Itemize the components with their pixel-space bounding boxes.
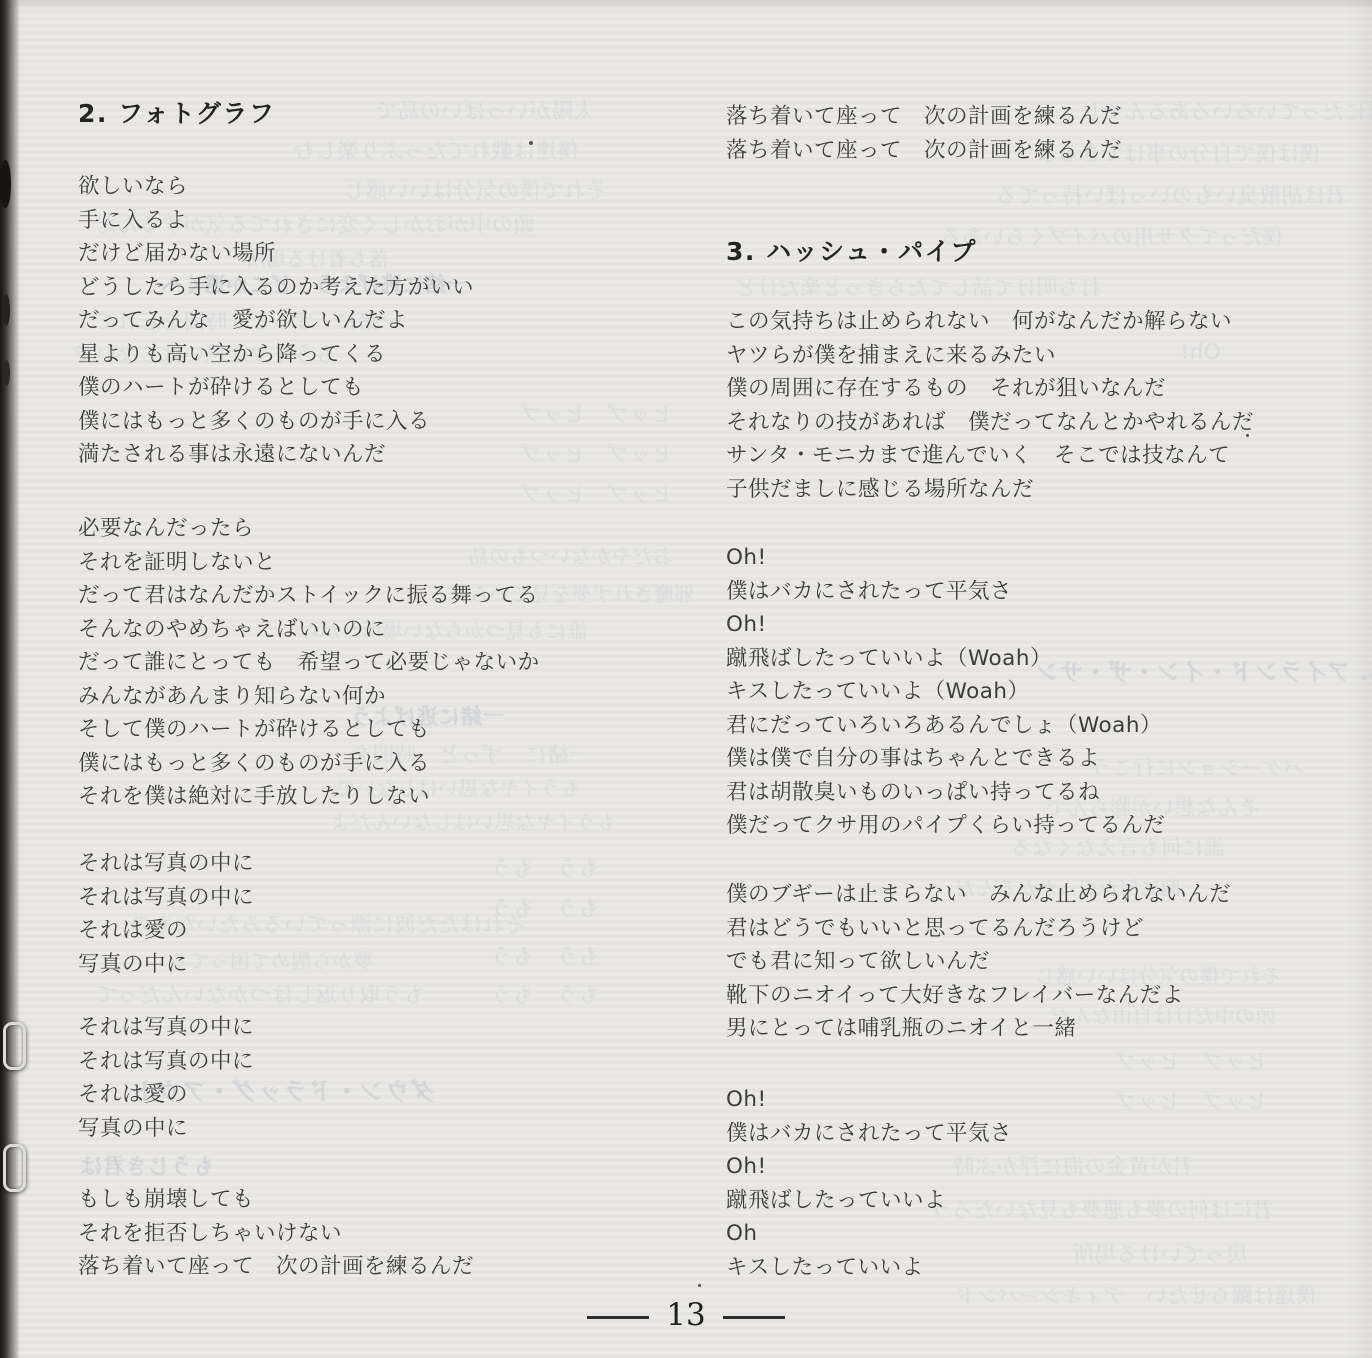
ghost-line: ヒップ ヒップ	[520, 478, 673, 509]
stanza: Oh!僕はバカにされたって平気さOh!蹴飛ばしたっていいよ（Woah）キスしたっ…	[726, 541, 1165, 843]
song-title-photograph: 2. フォトグラフ	[78, 94, 275, 130]
ghost-line: もう もう	[490, 852, 600, 883]
dust-speck	[529, 141, 533, 145]
lyric-line: 僕は僕で自分の事はちゃんとできるよ	[726, 742, 1165, 776]
lyric-line: どうしたら手に入るのか考えた方がいい	[78, 271, 474, 305]
lyric-line: 蹴飛ばしたっていいよ（Woah）	[726, 642, 1165, 676]
lyric-line: 写真の中に	[78, 948, 254, 982]
staple-top	[3, 1022, 26, 1070]
lyric-line: それは愛の	[78, 914, 254, 948]
page-number-rule-right	[723, 1316, 785, 1319]
lyric-line: それは写真の中に	[78, 881, 254, 915]
lyric-line: それを拒否しちゃいけない	[78, 1217, 474, 1251]
stanza: この気持ちは止められない 何がなんだか解らないヤツらが僕を捕まえに来るみたい僕の…	[726, 305, 1254, 506]
ghost-line: もうじき君は	[80, 1150, 215, 1181]
page-number-value: 13	[666, 1300, 705, 1335]
lyric-line: 君は胡散臭いものいっぱい持ってるね	[726, 776, 1165, 810]
lyric-line: この気持ちは止められない 何がなんだか解らない	[726, 305, 1254, 339]
ghost-line: 太陽がいっぱいの島で	[375, 94, 595, 125]
stanza: Oh!僕はバカにされたって平気さOh!蹴飛ばしたっていいよOhキスしたっていいよ	[726, 1083, 1012, 1284]
lyric-line: 星よりも高い空から降ってくる	[78, 338, 474, 372]
lyric-line: 落ち着いて座って 次の計画を練るんだ	[726, 100, 1122, 134]
ghost-line: もう もう	[490, 978, 600, 1009]
ghost-line: ヒップ ヒップ	[1115, 1085, 1268, 1116]
lyric-line: 手に入るよ	[78, 204, 474, 238]
lyric-line: 僕だってクサ用のパイプくらい持ってるんだ	[726, 809, 1165, 843]
lyric-line: 満たされる事は永遠にないんだ	[78, 438, 474, 472]
lyric-line: 男にとっては哺乳瓶のニオイと一緒	[726, 1012, 1231, 1046]
lyric-line: 欲しいなら	[78, 170, 474, 204]
stanza: 僕のブギーは止まらない みんな止められないんだ君はどうでもいいと思ってるんだろう…	[726, 878, 1231, 1046]
lyric-line: 君はどうでもいいと思ってるんだろうけど	[726, 912, 1231, 946]
lyric-line: Oh!	[726, 1150, 1012, 1184]
lyric-line: 落ち着いて座って 次の計画を練るんだ	[78, 1250, 474, 1284]
lyric-line: そんなのやめちゃえばいいのに	[78, 613, 540, 647]
lyric-line: だけど届かない場所	[78, 237, 474, 271]
stanza: それは写真の中にそれは写真の中にそれは愛の写真の中に	[78, 847, 254, 981]
lyric-line: ヤツらが僕を捕まえに来るみたい	[726, 339, 1254, 373]
lyric-line: だってみんな 愛が欲しいんだよ	[78, 304, 474, 338]
lyric-line: Oh!	[726, 1083, 1012, 1117]
stanza: 欲しいなら手に入るよだけど届かない場所どうしたら手に入るのか考えた方がいいだって…	[78, 170, 474, 472]
lyric-line: 必要なんだったら	[78, 512, 540, 546]
song-title-hash-pipe: 3. ハッシュ・パイプ	[726, 232, 977, 268]
lyric-line: 写真の中に	[78, 1112, 254, 1146]
ghost-line: ヒップ ヒップ	[520, 438, 673, 469]
carryover-stanza: 落ち着いて座って 次の計画を練るんだ落ち着いて座って 次の計画を練るんだ	[726, 100, 1122, 167]
lyric-line: それは写真の中に	[78, 1045, 254, 1079]
lyric-line: それを僕は絶対に手放したりしない	[78, 780, 540, 814]
ghost-line: 君は胡散臭いものいっぱい持ってる	[995, 179, 1347, 210]
lyric-line: だって誰にとっても 希望って必要じゃないか	[78, 646, 540, 680]
stanza: 必要なんだったらそれを証明しないとだって君はなんだかストイックに振る舞ってるそん…	[78, 512, 540, 814]
ghost-line: 僕だってクサ用のパイプくらいある	[940, 221, 1283, 251]
lyric-line: 僕にはもっと多くのものが手に入る	[78, 405, 474, 439]
ghost-line: ヒップ ヒップ	[1115, 1045, 1268, 1076]
stanza: もしも崩壊してもそれを拒否しちゃいけない落ち着いて座って 次の計画を練るんだ	[78, 1183, 474, 1284]
lyric-line: でも君に知って欲しいんだ	[726, 945, 1231, 979]
lyric-line: みんながあんまり知らない何か	[78, 680, 540, 714]
dust-speck	[698, 1284, 701, 1287]
lyric-line: もしも崩壊しても	[78, 1183, 474, 1217]
lyric-line: 子供だましに感じる場所なんだ	[726, 473, 1254, 507]
dust-speck	[1246, 434, 1249, 437]
lyric-line: 僕にはもっと多くのものが手に入る	[78, 747, 540, 781]
lyric-line: それは写真の中に	[78, 1011, 254, 1045]
lyric-line: Oh!	[726, 541, 1165, 575]
lyric-line: 君にだっていろいろあるんでしょ（Woah）	[726, 709, 1165, 743]
booklet-page: 太陽がいっぱいの島で僕達は戯れてたっぷり楽しむそれで僕の気分はいい感じ頭の中がお…	[0, 0, 1372, 1358]
lyric-line: それを証明しないと	[78, 546, 540, 580]
lyric-line: 僕のブギーは止まらない みんな止められないんだ	[726, 878, 1231, 912]
page-number: 13	[0, 1300, 1372, 1335]
lyric-line: そして僕のハートが砕けるとしても	[78, 713, 540, 747]
spine-ink-mark	[0, 160, 11, 208]
page-number-rule-left	[587, 1316, 649, 1319]
lyric-line: サンタ・モニカまで進んでいく そこでは技なんて	[726, 439, 1254, 473]
lyric-line: キスしたっていいよ	[726, 1251, 1012, 1285]
ghost-line: 僕達は戯れてたっぷり楽しむ	[293, 134, 579, 165]
staple-bottom	[3, 1144, 26, 1192]
ghost-line: もう取り返しはつかないんだって	[95, 978, 425, 1009]
ghost-line: もう もう	[490, 940, 600, 971]
lyric-line: 僕の周囲に存在するもの それが狙いなんだ	[726, 372, 1254, 406]
lyric-line: 蹴飛ばしたっていいよ	[726, 1184, 1012, 1218]
lyric-line: 落ち着いて座って 次の計画を練るんだ	[726, 134, 1122, 168]
lyric-line: それは写真の中に	[78, 847, 254, 881]
lyric-line: Oh!	[726, 608, 1165, 642]
ghost-line: 打ち明けて話してたらきっと楽だけど	[735, 272, 1101, 302]
lyric-line: 僕はバカにされたって平気さ	[726, 1117, 1012, 1151]
spine-ink-mark	[3, 360, 10, 386]
ghost-line: ヒップ ヒップ	[520, 398, 673, 429]
lyric-line: 僕はバカにされたって平気さ	[726, 575, 1165, 609]
ghost-line: 戻っていける場所	[1072, 1238, 1248, 1269]
lyric-line: 僕のハートが砕けるとしても	[78, 371, 474, 405]
lyric-line: だって君はなんだかストイックに振る舞ってる	[78, 579, 540, 613]
lyric-line: Oh	[726, 1217, 1012, 1251]
lyric-line: それは愛の	[78, 1078, 254, 1112]
lyric-line: キスしたっていいよ（Woah）	[726, 675, 1165, 709]
spine-ink-mark	[2, 294, 10, 326]
lyric-line: それなりの技があれば 僕だってなんとかやれるんだ	[726, 406, 1254, 440]
lyric-line: 靴下のニオイって大好きなフレイバーなんだよ	[726, 979, 1231, 1013]
stanza: それは写真の中にそれは写真の中にそれは愛の写真の中に	[78, 1011, 254, 1145]
